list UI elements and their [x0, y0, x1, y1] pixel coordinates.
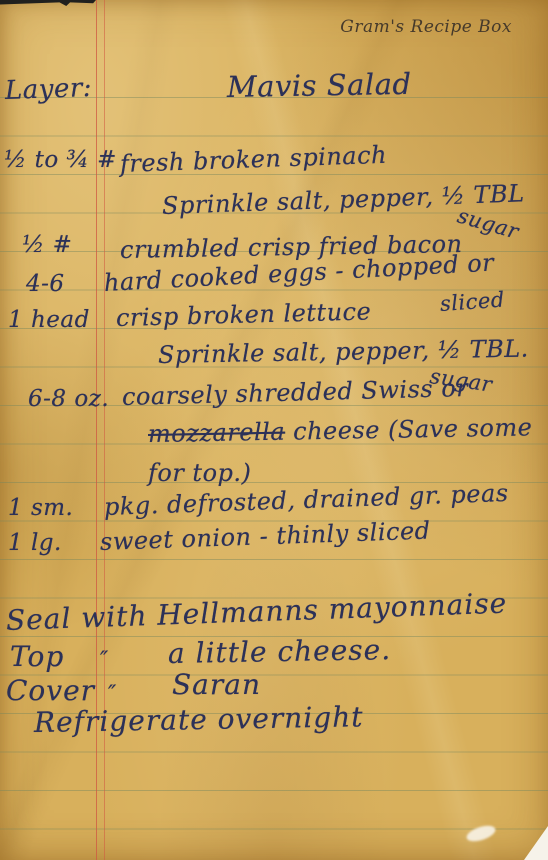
ingredient-qty: ½ # [22, 232, 72, 258]
ingredient-note: sliced [439, 288, 505, 316]
layer-label: Layer: [4, 73, 92, 106]
ingredient-qty: 1 lg. [8, 530, 62, 556]
direction-rest: Saran [172, 668, 261, 701]
ingredient-text: for top.) [148, 459, 251, 487]
ingredient-text-rest: cheese (Save some [293, 413, 533, 445]
watermark: Gram's Recipe Box [340, 17, 512, 37]
direction-verb: Top [10, 640, 64, 673]
ingredient-qty: 1 head [8, 307, 90, 333]
recipe-title: Mavis Salad [227, 67, 412, 104]
ingredient-qty: ½ to ¾ # [4, 147, 117, 173]
scan-edge-artifact [0, 0, 96, 6]
ingredient-qty: 1 sm. [8, 495, 73, 521]
ditto-mark: ″ [100, 648, 109, 673]
ditto-mark: ″ [108, 682, 117, 707]
direction-line: Refrigerate overnight [34, 700, 364, 739]
direction-rest: a little cheese. [168, 633, 392, 670]
scanned-recipe-card: Gram's Recipe Box Layer: Mavis Salad ½ t… [0, 0, 548, 860]
direction-verb: Cover [6, 674, 95, 707]
ingredient-qty: 6-8 oz. [28, 386, 109, 412]
ingredient-qty: 4-6 [26, 271, 65, 297]
crossed-out-word: mozzarella [148, 418, 286, 448]
